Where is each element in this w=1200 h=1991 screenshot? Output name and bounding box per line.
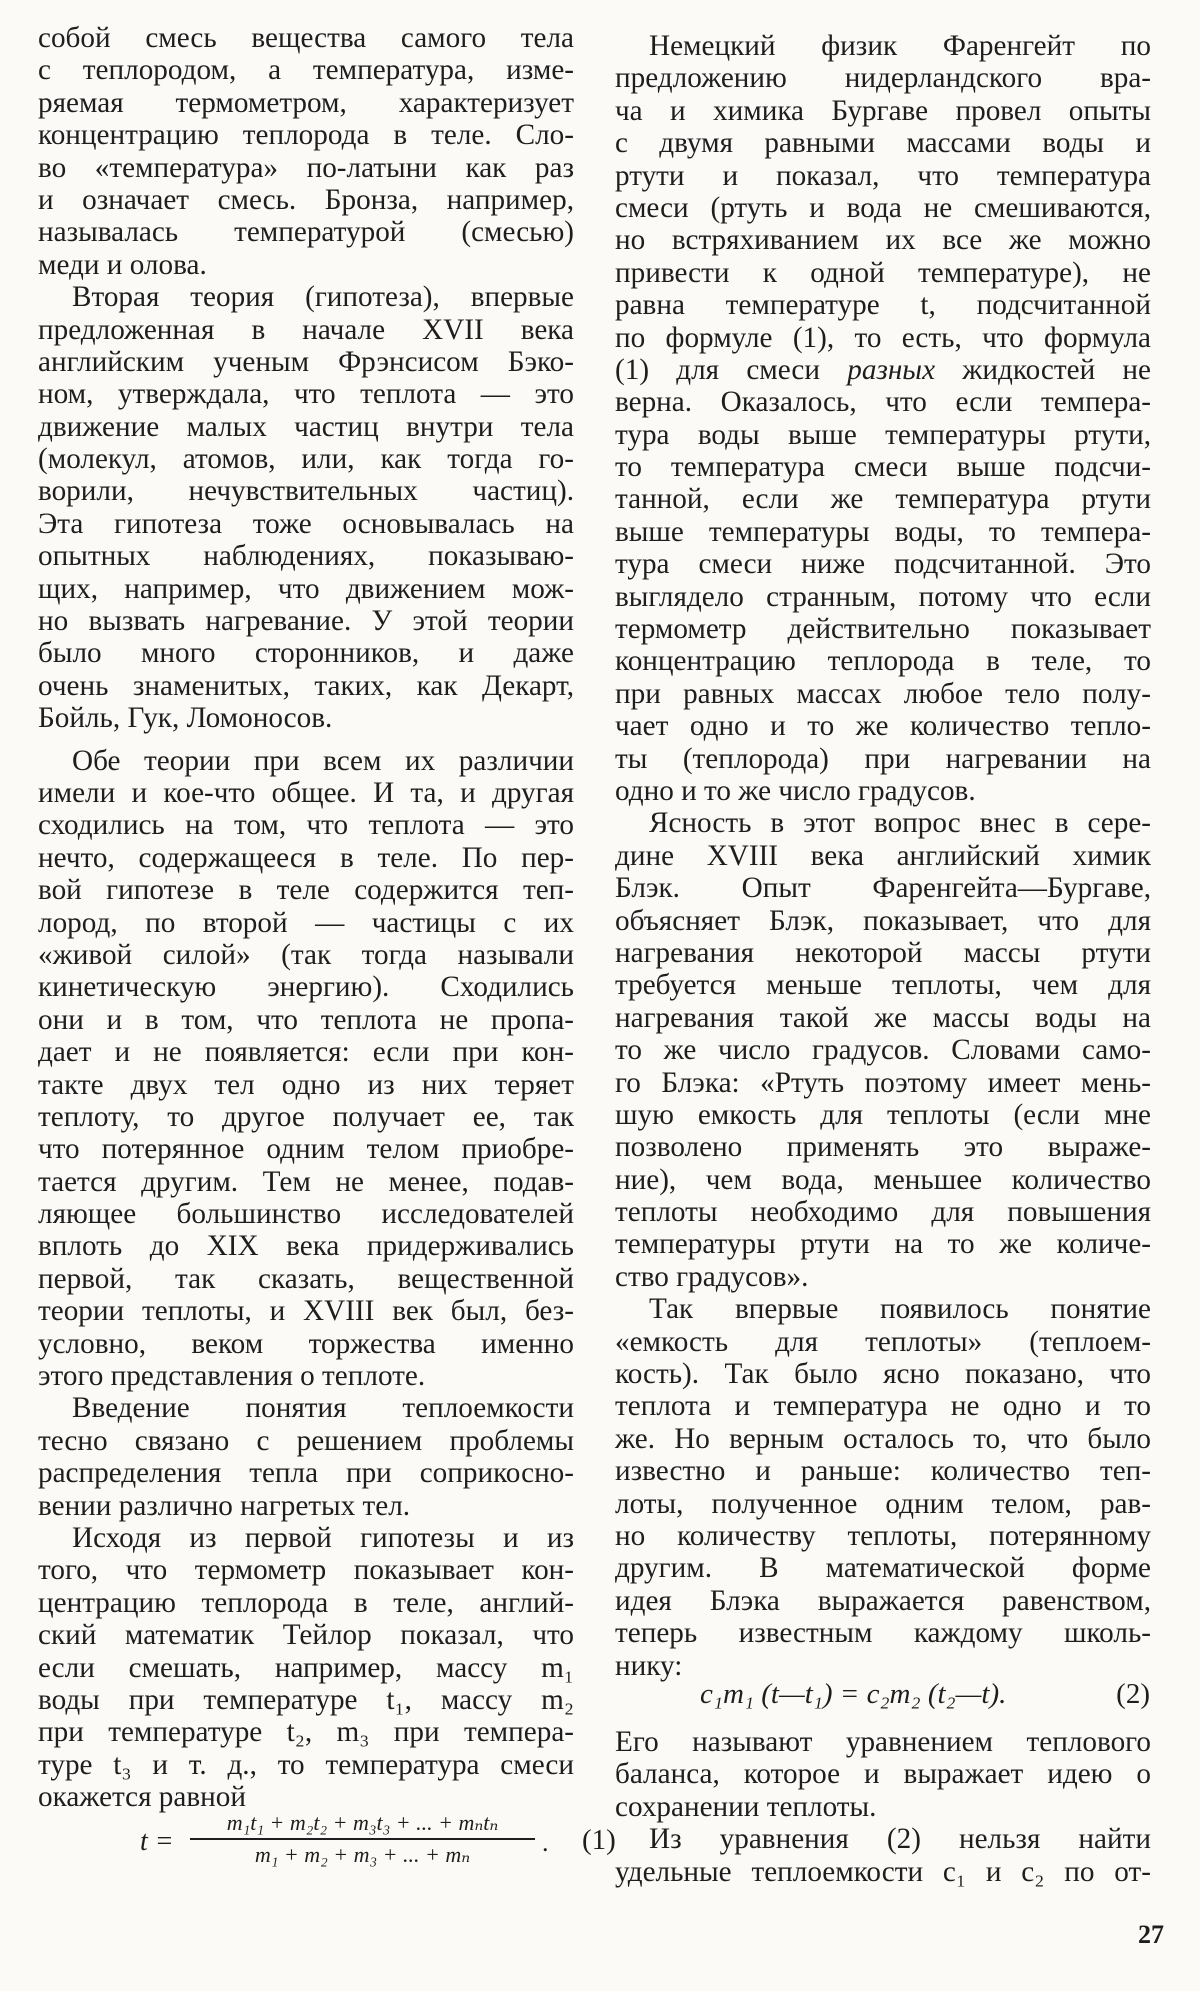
- text-line: щих, например, что движением мож-: [38, 573, 574, 605]
- text-line: ртути и показал, что температура: [615, 160, 1151, 192]
- text-line: сходились на том, что теплота — это: [38, 809, 574, 841]
- text-line: условно, веком торжества именно: [38, 1328, 574, 1360]
- text-line: центрацию теплорода в теле, англий-: [38, 1587, 574, 1619]
- text-line: теплоту, то другое получает ее, так: [38, 1101, 574, 1133]
- text-line: этого представления о теплоте.: [38, 1360, 574, 1392]
- text-line: теории теплоты, и XVIII век был, без-: [38, 1295, 574, 1327]
- formula-2-label: (2): [1116, 1678, 1150, 1711]
- text-line: вении различно нагретых тел.: [38, 1490, 574, 1522]
- text-line: баланса, которое и выражает идею о: [615, 1758, 1151, 1790]
- text-line: ние), чем вода, меньшее количество: [615, 1164, 1151, 1196]
- text-line: если смешать, например, массу m₁: [38, 1652, 574, 1684]
- text-line: другим. В математической форме: [615, 1552, 1151, 1584]
- text-line: распределения тепла при соприкосно-: [38, 1457, 574, 1489]
- text-line: по формуле (1), то есть, что формула: [615, 322, 1151, 354]
- text-line: предложенная в начале XVII века: [38, 314, 574, 346]
- text-line: тается другим. Тем не менее, подав-: [38, 1166, 574, 1198]
- fraction-bar: [190, 1838, 535, 1840]
- text-line: требуется меньше теплоты, чем для: [615, 969, 1151, 1001]
- text-line: ном, утверждала, что теплота — это: [38, 378, 574, 410]
- text-line: чает одно и то же количество тепло-: [615, 710, 1151, 742]
- formula-2: c₁m₁ (t—t₁) = c₂m₂ (t₂—t). (2): [700, 1678, 1150, 1718]
- text-line: равна температуре t, подсчитанной: [615, 289, 1151, 321]
- text-line: сохранении теплоты.: [615, 1791, 1151, 1823]
- text-line: тура воды выше температуры ртути,: [615, 419, 1151, 451]
- text-line: называлась температурой (смесью): [38, 216, 574, 248]
- text-line: тесно связано с решением проблемы: [38, 1425, 574, 1457]
- text-line: ский математик Тейлор показал, что: [38, 1619, 574, 1651]
- text-line: дине XVIII века английский химик: [615, 840, 1151, 872]
- text-line: верна. Оказалось, что если темпера-: [615, 386, 1151, 418]
- text-line: вплоть до XIX века придерживались: [38, 1230, 574, 1262]
- text-line: что потерянное одним телом приобре-: [38, 1133, 574, 1165]
- formula-1: t = m₁t₁ + m₂t₂ + m₃t₃ + ... + mₙtₙ m₁ +…: [140, 1810, 600, 1870]
- text-line: Вторая теория (гипотеза), впервые: [38, 281, 574, 313]
- formula-2-expression: c₁m₁ (t—t₁) = c₂m₂ (t₂—t).: [700, 1678, 1006, 1711]
- text-line: Блэк. Опыт Фаренгейта—Бургаве,: [615, 872, 1151, 904]
- text-line: тура смеси ниже подсчитанной. Это: [615, 548, 1151, 580]
- text-line: такте двух тел одно из них теряет: [38, 1069, 574, 1101]
- text-line: нагревания такой же массы воды на: [615, 1002, 1151, 1034]
- text-line: идея Блэка выражается равенством,: [615, 1585, 1151, 1617]
- text-line: Исходя из первой гипотезы и из: [38, 1522, 574, 1554]
- formula-1-numerator: m₁t₁ + m₂t₂ + m₃t₃ + ... + mₙtₙ: [190, 1810, 535, 1836]
- text-line: ча и химика Бургаве провел опыты: [615, 95, 1151, 127]
- text-line: концентрацию теплорода в теле, то: [615, 645, 1151, 677]
- text-line: лород, по второй — частицы с их: [38, 907, 574, 939]
- text-line: но количеству теплоты, потерянному: [615, 1520, 1151, 1552]
- text-line: Обе теории при всем их различии: [38, 745, 574, 777]
- text-line: термометр действительно показывает: [615, 613, 1151, 645]
- text-line: при температуре t₂, m₃ при темпера-: [38, 1716, 574, 1748]
- text-line: туре t₃ и т. д., то температура смеси: [38, 1749, 574, 1781]
- text-line: собой смесь вещества самого тела: [38, 22, 574, 54]
- text-line: (молекул, атомов, или, как тогда го-: [38, 443, 574, 475]
- text-line: английским ученым Фрэнсисом Бэко-: [38, 346, 574, 378]
- text-line: имели и кое-что общее. И та, и другая: [38, 777, 574, 809]
- text-line: но вызвать нагревание. У этой теории: [38, 605, 574, 637]
- text-line: Его называют уравнением теплового: [615, 1726, 1151, 1758]
- text-line: во «температура» по-латыни как раз: [38, 152, 574, 184]
- text-line: выглядело странным, потому что если: [615, 581, 1151, 613]
- text-line: (1) для смеси разных жидкостей не: [615, 354, 1151, 386]
- text-line: ство градусов».: [615, 1261, 1151, 1293]
- formula-1-fraction: m₁t₁ + m₂t₂ + m₃t₃ + ... + mₙtₙ m₁ + m₂ …: [190, 1810, 535, 1868]
- text-line: «живой силой» (так тогда называли: [38, 939, 574, 971]
- text-line: Введение понятия теплоемкости: [38, 1392, 574, 1424]
- formula-1-denominator: m₁ + m₂ + m₃ + ... + mₙ: [190, 1842, 535, 1868]
- text-line: с двумя равными массами воды и: [615, 127, 1151, 159]
- text-line: воды при температуре t₁, массу m₂: [38, 1684, 574, 1716]
- text-line: Так впервые появилось понятие: [615, 1293, 1151, 1325]
- text-line: теперь известным каждому школь-: [615, 1617, 1151, 1649]
- text-line: же. Но верным осталось то, что было: [615, 1423, 1151, 1455]
- text-line: танной, если же температура ртути: [615, 483, 1151, 515]
- text-line: шую емкость для теплоты (если мне: [615, 1099, 1151, 1131]
- text-line: лоты, полученное одним телом, рав-: [615, 1488, 1151, 1520]
- text-line: то же число градусов. Словами само-: [615, 1034, 1151, 1066]
- text-line: температуры ртути на то же количе-: [615, 1228, 1151, 1260]
- left-column: собой смесь вещества самого телас теплор…: [38, 22, 574, 1813]
- text-line: объясняет Блэк, показывает, что для: [615, 905, 1151, 937]
- text-line: привести к одной температуре), не: [615, 257, 1151, 289]
- text-line: известно и раньше: количество теп-: [615, 1455, 1151, 1487]
- text-line: удельные теплоемкости c₁ и c₂ по от-: [615, 1856, 1151, 1888]
- text-line: того, что термометр показывает кон-: [38, 1554, 574, 1586]
- text-line: с теплородом, а температура, изме-: [38, 54, 574, 86]
- emphasized-word: разных: [847, 354, 935, 386]
- right-column: Немецкий физик Фаренгейт попредложению н…: [615, 30, 1151, 1682]
- formula-1-lhs: t =: [140, 1826, 174, 1858]
- text-line: вой гипотезе в теле содержится теп-: [38, 874, 574, 906]
- text-line: опытных наблюдениях, показываю-: [38, 540, 574, 572]
- text-line: выше температуры воды, то темпера-: [615, 516, 1151, 548]
- text-line: ты (теплорода) при нагревании на: [615, 743, 1151, 775]
- text-line: предложению нидерландского вра-: [615, 62, 1151, 94]
- text-line: окажется равной: [38, 1781, 574, 1813]
- text-line: меди и олова.: [38, 249, 574, 281]
- text-line: при равных массах любое тело полу-: [615, 678, 1151, 710]
- text-line: ворили, нечувствительных частиц).: [38, 475, 574, 507]
- text-line: Эта гипотеза тоже основывалась на: [38, 508, 574, 540]
- text-line: нечто, содержащееся в теле. По пер-: [38, 842, 574, 874]
- text-line: Немецкий физик Фаренгейт по: [615, 30, 1151, 62]
- text-line: теплоты необходимо для повышения: [615, 1196, 1151, 1228]
- text-line: одно и то же число градусов.: [615, 775, 1151, 807]
- text-line: дает и не появляется: если при кон-: [38, 1036, 574, 1068]
- text-line: позволено применять это выраже-: [615, 1131, 1151, 1163]
- text-line: Из уравнения (2) нельзя найти: [615, 1823, 1151, 1855]
- text-line: кинетическую энергию). Сходились: [38, 971, 574, 1003]
- text-line: смеси (ртуть и вода не смешиваются,: [615, 192, 1151, 224]
- text-line: очень знаменитых, таких, как Декарт,: [38, 670, 574, 702]
- formula-1-terminator: .: [542, 1828, 549, 1858]
- text-line: го Блэка: «Ртуть поэтому имеет мень-: [615, 1067, 1151, 1099]
- text-line: «емкость для теплоты» (теплоем-: [615, 1326, 1151, 1358]
- text-line: кость). Так было ясно показано, что: [615, 1358, 1151, 1390]
- text-line: движение малых частиц внутри тела: [38, 411, 574, 443]
- book-page: собой смесь вещества самого телас теплор…: [0, 0, 1200, 1991]
- text-line: но встряхиванием их все же можно: [615, 224, 1151, 256]
- formula-1-label: (1): [582, 1824, 616, 1857]
- page-number: 27: [1138, 1920, 1164, 1950]
- text-line: теплота и температура не одно и то: [615, 1390, 1151, 1422]
- text-line: было много сторонников, и даже: [38, 637, 574, 669]
- text-line: Ясность в этот вопрос внес в сере-: [615, 807, 1151, 839]
- text-line: и означает смесь. Бронза, например,: [38, 184, 574, 216]
- text-line: они и в том, что теплота не пропа-: [38, 1004, 574, 1036]
- text-line: нагревания некоторой массы ртути: [615, 937, 1151, 969]
- text-line: ряемая термометром, характеризует: [38, 87, 574, 119]
- text-line: то температура смеси выше подсчи-: [615, 451, 1151, 483]
- text-line: первой, так сказать, вещественной: [38, 1263, 574, 1295]
- text-line: ляющее большинство исследователей: [38, 1198, 574, 1230]
- right-column-continuation: Его называют уравнением тепловогобаланса…: [615, 1726, 1151, 1888]
- text-line: Бойль, Гук, Ломоносов.: [38, 702, 574, 734]
- text-line: концентрацию теплорода в теле. Сло-: [38, 119, 574, 151]
